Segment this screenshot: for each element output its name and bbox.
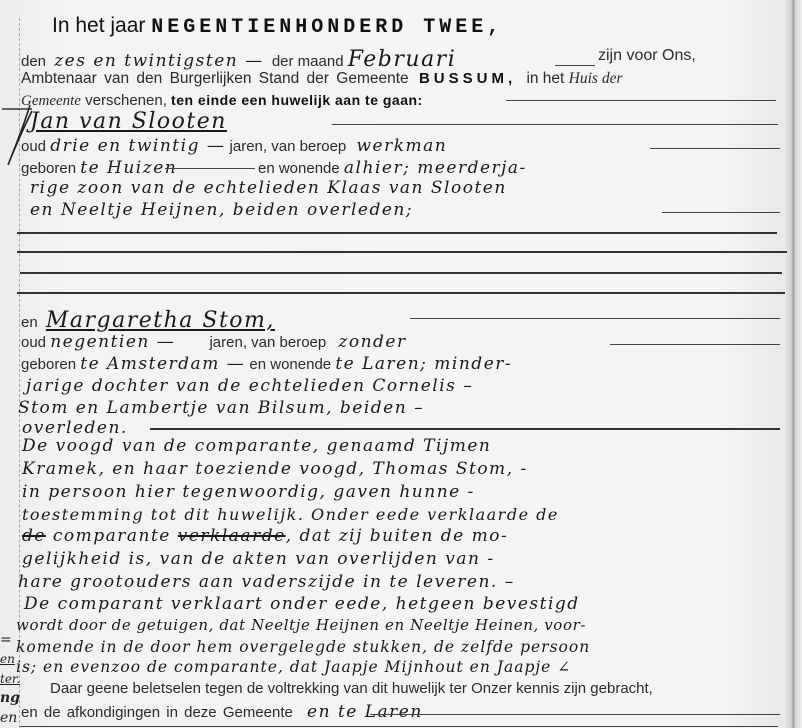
groom-age-line: oud drie en twintig — jaren, van beroep … <box>21 136 447 156</box>
oud-label: oud <box>21 334 46 351</box>
footer-line-2: en de afkondigingen in deze Gemeente en … <box>21 702 423 722</box>
blank-rule <box>17 292 785 294</box>
den-label: den <box>21 53 46 70</box>
note-line-4: toestemming tot dit huwelijk. Onder eede… <box>22 505 559 524</box>
note-line-10: komende in de door hem overgelegde stukk… <box>16 638 590 656</box>
wonende-label: en wonende <box>258 160 340 177</box>
margin-note: ng <box>0 690 20 706</box>
fill-rule <box>506 100 776 101</box>
purpose-bold-text: ten einde een huwelijk aan te gaan: <box>171 92 423 108</box>
note-line-11: is; en evenzoo de comparante, dat Jaapje… <box>16 658 571 676</box>
bride-birth-line: geboren te Amsterdam — en wonende te Lar… <box>21 354 512 374</box>
fill-rule <box>370 714 780 715</box>
margin-note: = <box>0 632 12 648</box>
fill-rule <box>610 344 780 345</box>
note-line-8: De comparant verklaart onder eede, hetge… <box>24 594 580 614</box>
bride-parents-line-1: jarige dochter van de echtelieden Cornel… <box>26 376 473 396</box>
note-line-5-tail: , dat zij buiten de mo- <box>286 526 509 546</box>
afkondigingen-label: en de afkondigingen in deze Gemeente <box>21 704 293 721</box>
note-comparante: comparante <box>53 526 171 546</box>
fill-rule <box>165 168 255 169</box>
en-label: en <box>21 314 38 331</box>
verschenen-text: verschenen, <box>85 92 167 109</box>
note-line-3: in persoon hier tegenwoordig, gaven hunn… <box>22 482 475 502</box>
bride-age-line: oud negentien — jaren, van beroep zonder <box>21 332 407 352</box>
note-line-1: De voogd van de comparante, genaamd Tijm… <box>22 436 491 456</box>
groom-name: Jan van Slooten <box>30 109 227 134</box>
geboren-label: geboren <box>21 356 76 373</box>
fill-rule <box>150 428 780 430</box>
blank-rule <box>17 232 777 234</box>
bride-birthplace: te Amsterdam — <box>80 354 245 374</box>
fill-rule <box>20 726 778 727</box>
wonende-label: en wonende <box>249 356 331 373</box>
day-handwritten: zes en twintigsten — <box>54 51 263 71</box>
official-text: Ambtenaar van den Burgerlijken Stand der… <box>21 70 409 87</box>
date-line: den zes en twintigsten — der maand Febru… <box>21 47 456 72</box>
margin-note: en <box>0 710 17 726</box>
groom-parents-line-2: en Neeltje Heijnen, beiden overleden; <box>30 200 413 220</box>
civil-registry-page: In het jaar NEGENTIENHONDERD TWEE, den z… <box>0 0 802 728</box>
month-handwritten: Februari <box>348 47 457 72</box>
fill-rule <box>650 148 780 149</box>
official-italic-tail: Huis der <box>569 70 623 87</box>
bride-name-line: en Margaretha Stom, <box>21 308 275 333</box>
note-line-6: gelijkheid is, van de akten van overlijd… <box>22 549 495 569</box>
purpose-line: Gemeente verschenen, ten einde een huwel… <box>21 92 423 110</box>
groom-parents-line-1: rige zoon van de echtelieden Klaas van S… <box>30 178 507 198</box>
bride-age: negentien — <box>50 332 175 352</box>
jaren-label: jaren, van beroep <box>230 138 347 155</box>
struck-word-verklaarde: verklaarde <box>178 526 286 546</box>
struck-word-de: de <box>22 526 46 546</box>
note-line-5: de comparante verklaarde, dat zij buiten… <box>22 526 508 546</box>
note-line-7: hare grootouders aan vaderszijde in te l… <box>18 572 515 592</box>
note-line-2: Kramek, en haar toeziende voogd, Thomas … <box>22 459 528 479</box>
oud-label: oud <box>21 138 46 155</box>
blank-rule <box>17 251 787 253</box>
official-text-b: in het <box>526 70 564 87</box>
municipality-name: BUSSUM, <box>419 70 516 87</box>
bride-residence: te Laren; minder- <box>335 354 512 374</box>
groom-residence: alhier; meerderja- <box>344 158 527 178</box>
bride-name: Margaretha Stom, <box>46 308 275 333</box>
margin-note: ter. <box>0 672 20 686</box>
header-prefix: In het jaar <box>52 14 145 37</box>
gemeente-italic: Gemeente <box>21 93 81 109</box>
groom-birthplace: te Huizen <box>80 158 177 178</box>
record-header: In het jaar NEGENTIENHONDERD TWEE, <box>52 14 503 39</box>
year-in-words: NEGENTIENHONDERD TWEE, <box>151 16 503 39</box>
groom-residence-line: en wonende alhier; meerderja- <box>258 158 527 178</box>
fill-rule <box>555 65 595 66</box>
jaren-label: jaren, van beroep <box>209 334 326 351</box>
maand-label: der maand <box>272 53 344 70</box>
note-line-9: wordt door de getuigen, dat Neeltje Heij… <box>16 616 586 634</box>
groom-occupation: werkman <box>356 136 447 156</box>
bride-occupation: zonder <box>338 332 406 352</box>
blank-rule <box>20 272 782 274</box>
afkondigingen-place: en te Laren <box>307 702 423 722</box>
groom-birth-line: geboren te Huizen <box>21 158 177 178</box>
date-line-suffix: zijn voor Ons, <box>598 47 696 65</box>
margin-note: en <box>0 652 15 666</box>
fill-rule <box>332 124 778 125</box>
fill-rule <box>410 318 780 319</box>
official-line: Ambtenaar van den Burgerlijken Stand der… <box>21 70 623 88</box>
bride-parents-line-2: Stom en Lambertje van Bilsum, beiden – <box>18 398 424 418</box>
fill-rule <box>662 212 780 213</box>
footer-line-1: Daar geene beletselen tegen de voltrekki… <box>50 680 653 697</box>
geboren-label: geboren <box>21 160 76 177</box>
bride-parents-line-3: overleden. <box>22 418 128 438</box>
groom-age: drie en twintig — <box>50 136 225 156</box>
page-binding-edge <box>786 0 802 728</box>
